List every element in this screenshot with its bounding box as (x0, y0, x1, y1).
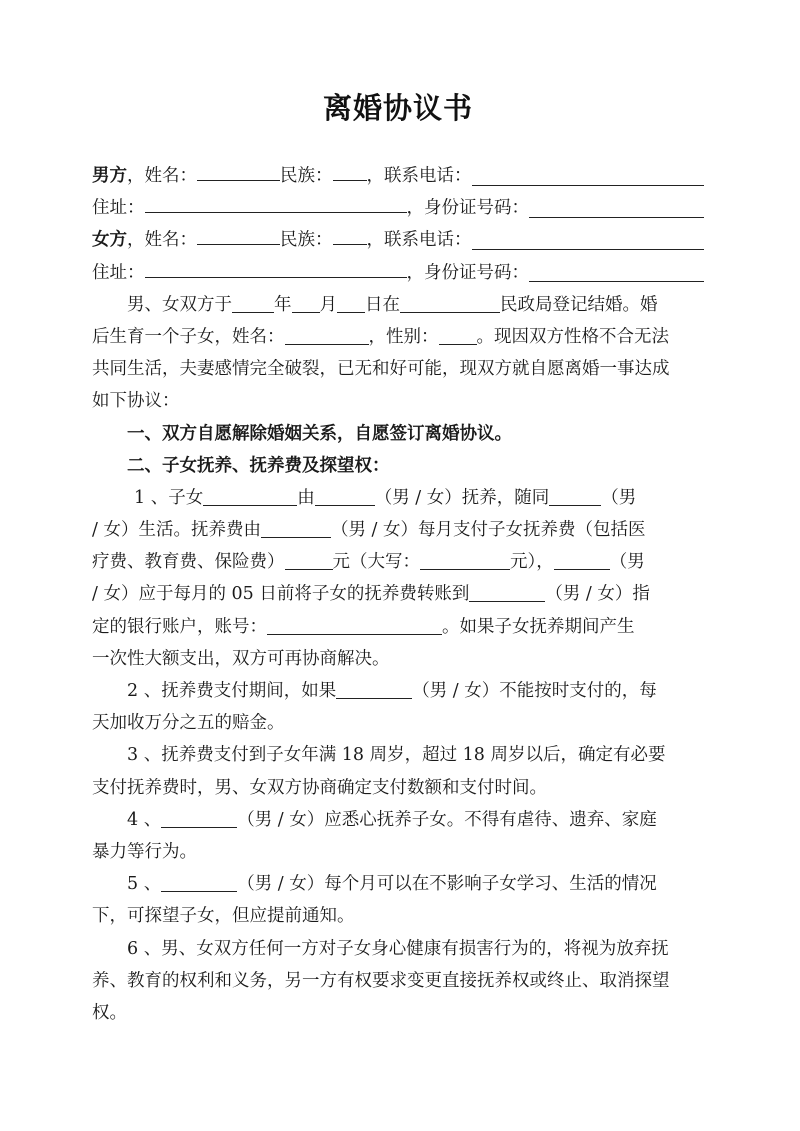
visiting-parent-field[interactable] (161, 871, 237, 892)
item-4-line-2: 暴力等行为。 (92, 836, 704, 868)
ethnicity-label: 民族： (280, 224, 333, 256)
male-address-line: 住址： ，身份证号码： (92, 192, 704, 224)
item-text: 5 、 (127, 874, 161, 894)
item-text: 元（大写： (333, 552, 421, 572)
id-number-label: ，身份证号码： (407, 192, 530, 224)
male-ethnicity-field[interactable] (333, 160, 367, 181)
item-5-line-2: 下，可探望子女，但应提前通知。 (92, 900, 704, 932)
female-address-line: 住址： ，身份证号码： (92, 257, 704, 289)
item-text: （男 / 女）每月支付子女抚养费（包括医 (331, 520, 646, 540)
item-3-line-2: 支付抚养费时，男、女双方协商确定支付数额和支付时间。 (92, 772, 704, 804)
section-1-heading: 一、双方自愿解除婚姻关系，自愿签订离婚协议。 (92, 418, 704, 450)
child-gender-field[interactable] (439, 324, 477, 345)
female-id-number-field[interactable] (529, 261, 704, 282)
caregiver-field[interactable] (161, 807, 237, 828)
item-1-line-5: 定的银行账户，账号：。如果子女抚养期间产生 (92, 611, 704, 643)
name-label: ，姓名： (127, 224, 197, 256)
item-text: （男 (601, 488, 636, 508)
item-text: （男 / 女）抚养，随同 (375, 488, 550, 508)
intro-line-2: 后生育一个子女，姓名：，性别：。现因双方性格不合无法 (92, 321, 704, 353)
item-3-line-1: 3 、抚养费支付到子女年满 18 周岁，超过 18 周岁以后，确定有必要 (92, 739, 704, 771)
name-label: ，姓名： (127, 160, 197, 192)
item-text: 1 、子女 (134, 488, 203, 508)
address-label: 住址： (92, 257, 145, 289)
child-name-field[interactable] (285, 324, 369, 345)
female-name-field[interactable] (197, 224, 280, 245)
item-text: 定的银行账户，账号： (92, 617, 267, 637)
support-amount-field[interactable] (285, 549, 333, 570)
item-2-line-1: 2 、抚养费支付期间，如果（男 / 女）不能按时支付的，每 (92, 675, 704, 707)
payer-field[interactable] (554, 549, 610, 570)
item-1-line-6: 一次性大额支出，双方可再协商解决。 (92, 643, 704, 675)
marriage-month-field[interactable] (292, 292, 320, 313)
marriage-day-field[interactable] (337, 292, 365, 313)
item-text: 。如果子女抚养期间产生 (442, 617, 635, 637)
year-label: 年 (274, 295, 292, 315)
phone-label: ，联系电话： (367, 224, 472, 256)
item-6-line-2: 养、教育的权利和义务，另一方有权要求变更直接抚养权或终止、取消探望 (92, 965, 704, 997)
document-body: 男方 ，姓名： 民族： ，联系电话： 住址： ，身份证号码： 女方 ，姓名： 民… (92, 160, 704, 1029)
male-party-line: 男方 ，姓名： 民族： ，联系电话： (92, 160, 704, 192)
item-6-line-1: 6 、男、女双方任何一方对子女身心健康有损害行为的，将视为放弃抚 (92, 933, 704, 965)
item-text: （男 / 女）每个月可以在不影响子女学习、生活的情况 (237, 874, 657, 894)
child-name-field-2[interactable] (203, 485, 297, 506)
item-text: 疗费、教育费、保险费） (92, 552, 285, 572)
item-text: （男 / 女）应悉心抚养子女。不得有虐待、遗弃、家庭 (237, 810, 657, 830)
item-5-line-1: 5 、（男 / 女）每个月可以在不影响子女学习、生活的情况 (92, 868, 704, 900)
late-payer-field[interactable] (336, 678, 412, 699)
payee-field[interactable] (469, 581, 545, 602)
intro-line-3: 共同生活，夫妻感情完全破裂，已无和好可能，现双方就自愿离婚一事达成 (92, 353, 704, 385)
female-party-line: 女方 ，姓名： 民族： ，联系电话： (92, 224, 704, 256)
item-text: （男 / 女）不能按时支付的，每 (412, 681, 657, 701)
female-phone-field[interactable] (472, 229, 705, 250)
male-phone-field[interactable] (472, 165, 705, 186)
intro-text: 。现因双方性格不合无法 (477, 327, 670, 347)
item-text: / 女）生活。抚养费由 (92, 520, 261, 540)
item-1-line-1: 1 、子女由（男 / 女）抚养，随同（男 (92, 482, 704, 514)
intro-text: 民政局登记结婚。婚 (500, 295, 658, 315)
intro-text: 后生育一个子女，姓名： (92, 327, 285, 347)
section-2-heading: 二、子女抚养、抚养费及探望权： (92, 450, 704, 482)
support-amount-words-field[interactable] (420, 549, 510, 570)
intro-line-1: 男、女双方于年月日在民政局登记结婚。婚 (92, 289, 704, 321)
support-payer-field[interactable] (261, 517, 331, 538)
document-title: 离婚协议书 (92, 86, 704, 127)
item-4-line-1: 4 、（男 / 女）应悉心抚养子女。不得有虐待、遗弃、家庭 (92, 804, 704, 836)
phone-label: ，联系电话： (367, 160, 472, 192)
male-address-field[interactable] (145, 192, 407, 213)
gender-label: ，性别： (369, 327, 439, 347)
item-text: 由 (297, 488, 315, 508)
item-1-line-3: 疗费、教育费、保险费）元（大写：元），（男 (92, 546, 704, 578)
item-6-line-3: 权。 (92, 997, 704, 1029)
bank-account-field[interactable] (267, 614, 442, 635)
marriage-year-field[interactable] (232, 292, 274, 313)
item-text: （男 (610, 552, 645, 572)
female-address-field[interactable] (145, 257, 407, 278)
live-with-field[interactable] (549, 485, 601, 506)
item-text: 2 、抚养费支付期间，如果 (127, 681, 336, 701)
item-1-line-2: / 女）生活。抚养费由（男 / 女）每月支付子女抚养费（包括医 (92, 514, 704, 546)
intro-line-4: 如下协议： (92, 385, 704, 417)
item-text: / 女）应于每月的 05 日前将子女的抚养费转账到 (92, 584, 469, 604)
month-label: 月 (320, 295, 338, 315)
day-label: 日在 (365, 295, 400, 315)
item-text: 4 、 (127, 810, 161, 830)
item-1-line-4: / 女）应于每月的 05 日前将子女的抚养费转账到（男 / 女）指 (92, 578, 704, 610)
female-ethnicity-field[interactable] (333, 224, 367, 245)
custodian-field[interactable] (315, 485, 375, 506)
id-number-label: ，身份证号码： (407, 257, 530, 289)
male-party-label: 男方 (92, 160, 127, 192)
ethnicity-label: 民族： (280, 160, 333, 192)
item-text: （男 / 女）指 (545, 584, 650, 604)
item-text: 元）， (510, 552, 554, 572)
male-name-field[interactable] (197, 160, 280, 181)
civil-affairs-bureau-field[interactable] (400, 292, 500, 313)
female-party-label: 女方 (92, 224, 127, 256)
item-2-line-2: 天加收万分之五的赔金。 (92, 707, 704, 739)
male-id-number-field[interactable] (529, 197, 704, 218)
address-label: 住址： (92, 192, 145, 224)
intro-text: 男、女双方于 (127, 295, 232, 315)
